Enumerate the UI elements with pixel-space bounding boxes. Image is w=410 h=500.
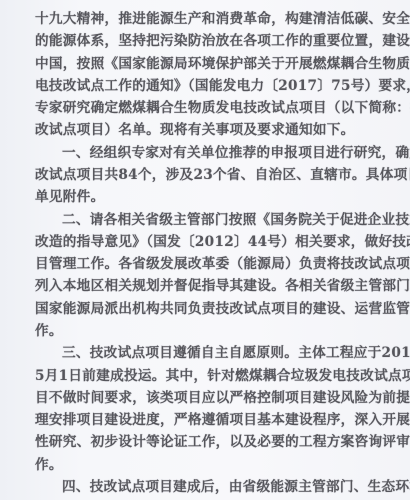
text-line: 电技改试点工作的通知》（国能发电力〔2017〕75号）要求，经组织 xyxy=(35,78,365,94)
paragraph-1-start: 一、经组织专家对有关单位推荐的申报项目进行研究，确定技 xyxy=(62,145,365,161)
paragraph-2-start: 二、请各相关省级主管部门按照《国务院关于促进企业技术 xyxy=(62,212,365,228)
text-line: 的能源体系，坚持把污染防治放在各项工作的重要位置，建设美丽 xyxy=(35,33,365,49)
text-line: 国家能源局派出机构共同负责技改试点项目的建设、运营监管工 xyxy=(35,301,365,317)
text-line: 目不做时间要求，该类项目应以严格控制项目建设风险为前提，合 xyxy=(35,390,365,406)
text-line: 改试点项目共84个，涉及23个省、自治区、直辖市。具体项目名 xyxy=(35,167,365,183)
text-line: 改造的指导意见》（国发〔2012〕44号）相关要求，做好技改试点项 xyxy=(35,234,365,250)
text-line: 5月1日前建成投运。其中，针对燃煤耦合垃圾发电技改试点项 xyxy=(35,368,365,384)
text-line: 目管理工作。各省级发展改革委（能源局）负责将技改试点项目 xyxy=(35,256,365,272)
text-line: 理安排项目建设进度，严格遵循项目基本建设程序，深入开展可行 xyxy=(35,412,365,428)
text-line: 作。 xyxy=(35,457,365,473)
text-line: 作。 xyxy=(35,323,365,339)
text-line: 改试点项目）名单。现将有关事项及要求通知如下。 xyxy=(35,122,365,138)
paragraph-3-start: 三、技改试点项目遵循自主自愿原则。主体工程应于2019年 xyxy=(62,345,365,361)
text-line: 列入本地区相关规划并督促指导其建设。各相关省级主管部门和 xyxy=(35,278,365,294)
text-line: 中国，按照《国家能源局环境保护部关于开展燃煤耦合生物质发 xyxy=(35,56,365,72)
text-line: 单见附件。 xyxy=(35,189,365,205)
document-page: 十九大精神，推进能源生产和消费革命，构建清洁低碳、安全高效 的能源体系，坚持把污… xyxy=(0,0,410,500)
text-line: 专家研究确定燃煤耦合生物质发电技改试点项目（以下简称：技 xyxy=(35,100,365,116)
text-line: 十九大精神，推进能源生产和消费革命，构建清洁低碳、安全高效 xyxy=(35,11,365,27)
text-line: 性研究、初步设计等论证工作，以及必要的工程方案咨询评审工 xyxy=(35,434,365,450)
paragraph-4-start: 四、技改试点项目建成后，由省级能源主管部门、生态环境主 xyxy=(62,479,365,495)
